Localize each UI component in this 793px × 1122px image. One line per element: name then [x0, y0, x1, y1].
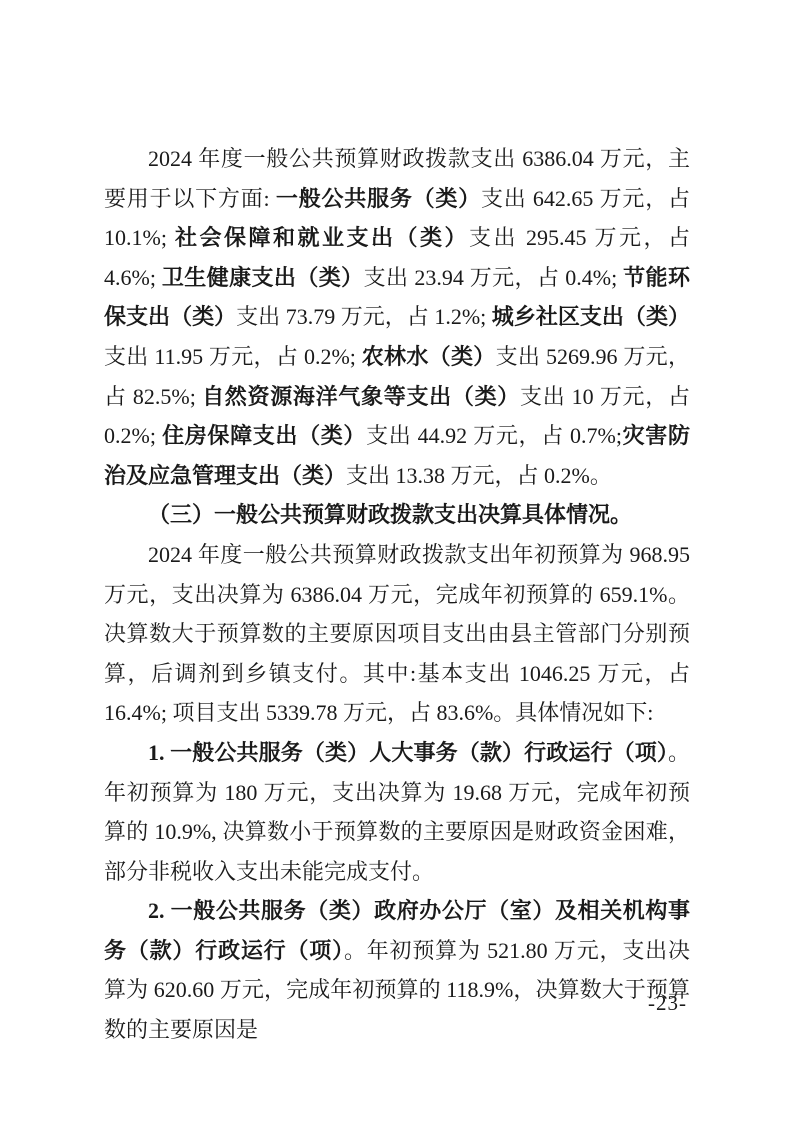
- para-budget-expenditure-overview: 2024 年度一般公共预算财政拨款支出 6386.04 万元，主要用于以下方面:…: [104, 139, 690, 495]
- text-run: 2024 年度一般公共预算财政拨款支出年初预算为 968.95 万元，支出决算为…: [104, 542, 690, 725]
- bold-text-run: 住房保障支出（类）: [162, 423, 366, 448]
- bold-text-run: 农林水（类）: [362, 344, 496, 369]
- document-page: 2024 年度一般公共预算财政拨款支出 6386.04 万元，主要用于以下方面:…: [0, 0, 793, 1122]
- heading-section-three: （三）一般公共预算财政拨款支出决算具体情况。: [104, 495, 690, 535]
- para-item-1-renda-affairs: 1. 一般公共服务（类）人大事务（款）行政运行（项）。年初预算为 180 万元，…: [104, 733, 690, 891]
- document-body: 2024 年度一般公共预算财政拨款支出 6386.04 万元，主要用于以下方面:…: [104, 139, 690, 1050]
- bold-text-run: 一般公共服务（类）: [276, 186, 481, 211]
- para-final-accounts-detail: 2024 年度一般公共预算财政拨款支出年初预算为 968.95 万元，支出决算为…: [104, 535, 690, 733]
- bold-text-run: （三）一般公共预算财政拨款支出决算具体情况。: [148, 502, 632, 527]
- bold-text-run: 城乡社区支出（类）: [492, 304, 690, 329]
- text-run: 支出 11.95 万元，占 0.2%;: [104, 344, 362, 369]
- bold-text-run: 1. 一般公共服务（类）人大事务（款）行政运行（项）: [148, 740, 668, 765]
- para-item-2-government-office: 2. 一般公共服务（类）政府办公厅（室）及相关机构事务（款）行政运行（项）。年初…: [104, 891, 690, 1049]
- bold-text-run: 社会保障和就业支出（类）: [175, 225, 469, 250]
- text-run: 支出 23.94 万元，占 0.4%;: [364, 265, 624, 290]
- bold-text-run: 自然资源海洋气象等支出（类）: [202, 384, 520, 409]
- text-run: 支出 73.79 万元，占 1.2%;: [236, 304, 492, 329]
- text-run: 支出 13.38 万元，占 0.2%。: [346, 463, 612, 488]
- bold-text-run: 卫生健康支出（类）: [162, 265, 364, 290]
- text-run: 支出 44.92 万元，占 0.7%;: [366, 423, 622, 448]
- page-number: -23-: [648, 991, 708, 1015]
